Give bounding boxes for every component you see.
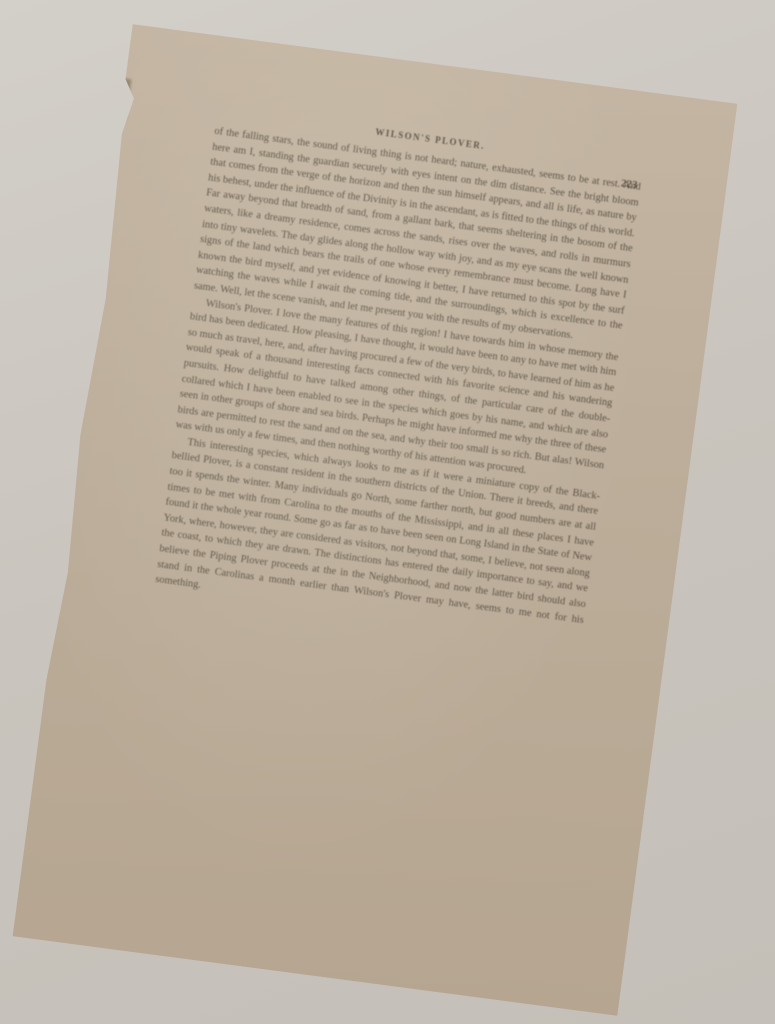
body-text: of the falling stars, the sound of livin… — [154, 124, 641, 644]
torn-page-edge — [116, 78, 131, 119]
book-page: WILSON'S PLOVER. 223 of the falling star… — [13, 24, 738, 1016]
